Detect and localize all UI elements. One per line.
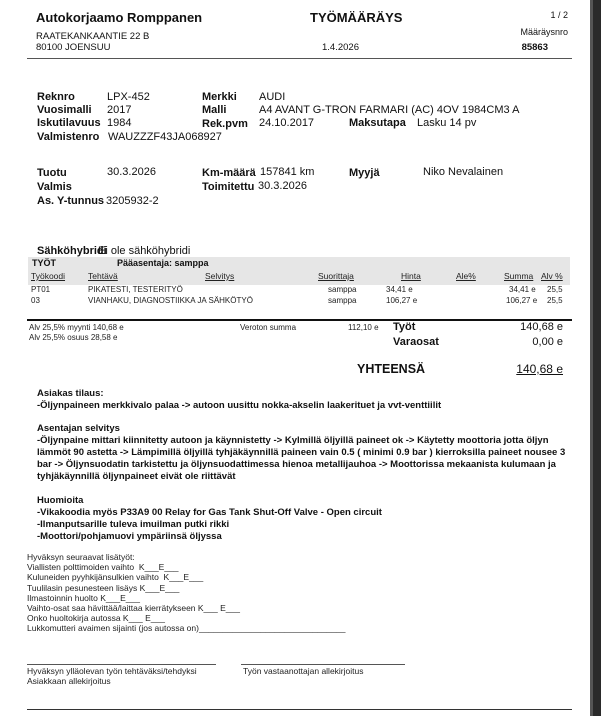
document-date: 1.4.2026	[322, 42, 359, 53]
works-total-value: 140,68 e	[520, 321, 563, 333]
col-suorittaja: Suorittaja	[318, 271, 354, 281]
row-sum: 106,27 e	[506, 296, 537, 305]
approvals-section: Hyväksyn seuraavat lisätyöt: Viallisten …	[27, 552, 346, 634]
toimitettu-value: 30.3.2026	[258, 180, 307, 192]
valmistenro-label: Valmistenro	[37, 131, 99, 143]
net-label: Veroton summa	[240, 323, 296, 332]
malli-label: Malli	[202, 104, 226, 116]
customer-signature-label: Asiakkaan allekirjoitus	[27, 676, 111, 686]
col-summa: Summa	[504, 271, 533, 281]
iskutilavuus-label: Iskutilavuus	[37, 117, 101, 129]
row-code: PT01	[31, 285, 50, 294]
page-number: 1 / 2	[550, 10, 568, 20]
approvals-title: Hyväksyn seuraavat lisätyöt:	[27, 552, 346, 562]
vuosimalli-value: 2017	[107, 104, 131, 116]
parts-total-label: Varaosat	[393, 336, 439, 348]
malli-value: A4 AVANT G-TRON FARMARI (AC) 4OV 1984CM3…	[259, 104, 519, 116]
notes-title: Huomioita	[37, 495, 577, 507]
work-order-page: Autokorjaamo Romppanen TYÖMÄÄRÄYS 1 / 2 …	[0, 0, 590, 716]
row-vat: 25,5	[547, 285, 563, 294]
reknro-label: Reknro	[37, 91, 75, 103]
iskutilavuus-value: 1984	[107, 117, 131, 129]
order-number-label: Määräysnro	[520, 27, 568, 37]
tuotu-label: Tuotu	[37, 167, 67, 179]
header-divider	[27, 58, 572, 59]
customer-approval-text: Hyväksyn ylläolevan työn tehtäväksi/tehd…	[27, 666, 197, 676]
note-item: -Moottori/pohjamuovi ympäriinsä öljyssa	[37, 531, 577, 543]
row-code: 03	[31, 296, 40, 305]
customer-order-title: Asiakas tilaus:	[37, 388, 577, 400]
footer-divider	[27, 709, 572, 710]
grand-total-label: YHTEENSÄ	[357, 362, 425, 376]
receiver-signature-label: Työn vastaanottajan allekirjoitus	[243, 666, 364, 676]
customer-signature-line[interactable]	[27, 664, 216, 665]
km-value: 157841 km	[260, 166, 314, 178]
maksutapa-label: Maksutapa	[349, 117, 406, 129]
myyja-value: Niko Nevalainen	[423, 166, 503, 178]
address-city: 80100 JOENSUU	[36, 42, 110, 53]
mechanic-report-text: -Öljynpaine mittari kiinnitetty autoon j…	[37, 435, 567, 483]
net-value: 112,10 e	[348, 323, 379, 332]
merkki-value: AUDI	[259, 91, 285, 103]
vuosimalli-label: Vuosimalli	[37, 104, 92, 116]
row-price: 34,41 e	[386, 285, 413, 294]
row-task: PIKATESTI, TESTERITYÖ	[88, 285, 183, 294]
toimitettu-label: Toimitettu	[202, 181, 254, 193]
address-street: RAATEKANKAANTIE 22 B	[36, 31, 149, 42]
col-tyokoodi: Työkoodi	[31, 271, 65, 281]
parts-total-value: 0,00 e	[532, 336, 563, 348]
approval-item[interactable]: Vaihto-osat saa hävittää/laittaa kierrät…	[27, 603, 346, 613]
vat-share: Alv 25,5% osuus 28,58 e	[29, 333, 118, 342]
valmis-label: Valmis	[37, 181, 72, 193]
note-item: -Ilmanputsarille tuleva imuilman putki r…	[37, 519, 577, 531]
row-sum: 34,41 e	[509, 285, 536, 294]
col-ale: Ale%	[456, 271, 476, 281]
ytunnus-value: 3205932-2	[106, 195, 159, 207]
note-item: -Vikakoodia myös P33A9 00 Relay for Gas …	[37, 507, 577, 519]
row-vat: 25,5	[547, 296, 563, 305]
reknro-value: LPX-452	[107, 91, 150, 103]
approval-item[interactable]: Viallisten polttimoiden vaihto K___E___	[27, 562, 346, 572]
table-divider	[27, 319, 572, 321]
rekpvm-value: 24.10.2017	[259, 117, 314, 129]
customer-order-section: Asiakas tilaus: -Öljynpaineen merkkivalo…	[37, 388, 577, 412]
works-title: TYÖT	[32, 258, 56, 268]
vat-sales: Alv 25,5% myynti 140,68 e	[29, 323, 124, 332]
maksutapa-value: Lasku 14 pv	[417, 117, 476, 129]
km-label: Km-määrä	[202, 167, 256, 179]
company-name: Autokorjaamo Romppanen	[36, 10, 202, 25]
document-title: TYÖMÄÄRÄYS	[310, 10, 402, 25]
head-mechanic: Pääasentaja: samppa	[117, 258, 209, 268]
valmistenro-value: WAUZZZF43JA068927	[108, 131, 222, 143]
mechanic-report-title: Asentajan selvitys	[37, 423, 567, 435]
approval-item[interactable]: Tuulilasin pesunesteen lisäys K___E___	[27, 583, 346, 593]
merkki-label: Merkki	[202, 91, 237, 103]
row-price: 106,27 e	[386, 296, 417, 305]
ytunnus-label: As. Y-tunnus	[37, 195, 104, 207]
approval-item[interactable]: Ilmastoinnin huolto K___E___	[27, 593, 346, 603]
receiver-signature-line[interactable]	[241, 664, 405, 665]
hybrid-label: Sähköhybridi	[37, 245, 107, 257]
col-selvitys: Selvitys	[205, 271, 234, 281]
approval-item[interactable]: Lukkomutteri avaimen sijainti (jos autos…	[27, 623, 346, 633]
col-hinta: Hinta	[401, 271, 421, 281]
row-performer: samppa	[328, 296, 356, 305]
mechanic-report-section: Asentajan selvitys -Öljynpaine mittari k…	[37, 423, 567, 483]
row-performer: samppa	[328, 285, 356, 294]
order-number: 85863	[522, 42, 548, 53]
col-alv: Alv %	[541, 271, 563, 281]
tuotu-value: 30.3.2026	[107, 166, 156, 178]
hybrid-value: Ei ole sähköhybridi	[98, 245, 190, 257]
grand-total-value: 140,68 e	[516, 362, 563, 376]
approval-item[interactable]: Onko huoltokirja autossa K___ E___	[27, 613, 346, 623]
myyja-label: Myyjä	[349, 167, 380, 179]
customer-order-text: -Öljynpaineen merkkivalo palaa -> autoon…	[37, 400, 577, 412]
rekpvm-label: Rek.pvm	[202, 118, 248, 130]
approval-item[interactable]: Kuluneiden pyyhkijänsulkien vaihto K___E…	[27, 572, 346, 582]
viewer-edge-border	[590, 0, 601, 716]
col-tehtava: Tehtävä	[88, 271, 118, 281]
notes-section: Huomioita -Vikakoodia myös P33A9 00 Rela…	[37, 495, 577, 543]
works-total-label: Työt	[393, 321, 415, 333]
row-task: VIANHAKU, DIAGNOSTIIKKA JA SÄHKÖTYÖ	[88, 296, 253, 305]
